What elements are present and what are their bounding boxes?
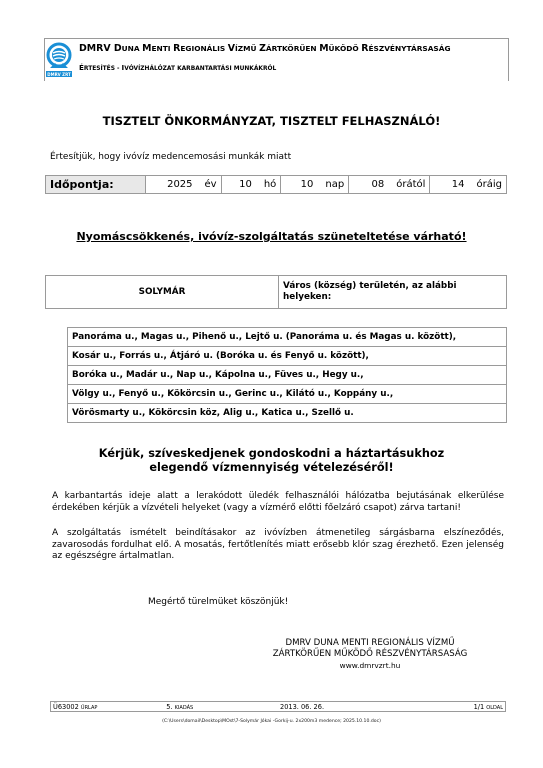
file-path: (C:\Users\domail\Desktop\MOst\7-Solymár … xyxy=(0,719,543,724)
thanks-text: Megértő türelmüket köszönjük! xyxy=(148,597,288,607)
dmrv-logo-icon: DMRV ZRT xyxy=(46,41,72,79)
request-line-2: elegendő vízmennyiség vételezéséről! xyxy=(0,461,543,475)
greeting-heading: TISZTELT ÖNKORMÁNYZAT, TISZTELT FELHASZN… xyxy=(0,114,543,128)
maintenance-paragraph: A karbantartás ideje alatt a lerakódott … xyxy=(52,491,504,514)
document-subtitle: ÉRTESÍTÉS - IVÓVÍZHÁLÓZAT KARBANTARTÁSI … xyxy=(79,63,276,72)
restart-paragraph: A szolgáltatás ismételt beindításakor az… xyxy=(52,528,504,563)
location-description: Város (község) területén, az alábbi hely… xyxy=(279,276,507,309)
schedule-label: Időpontja: xyxy=(46,176,146,194)
website-link[interactable]: www.dmrvzrt.hu xyxy=(230,660,510,671)
street-row: Vörösmarty u., Kökörcsin köz, Alig u., K… xyxy=(68,404,507,423)
street-row: Kosár u., Forrás u., Átjáró u. (Boróka u… xyxy=(68,347,507,366)
edition: 5. KIADÁS xyxy=(164,702,278,712)
signature-line-2: ZÁRTKÖRŰEN MŰKÖDŐ RÉSZVÉNYTÁRSASÁG xyxy=(230,649,510,660)
signature-line-1: DMRV DUNA MENTI REGIONÁLIS VÍZMŰ xyxy=(230,638,510,649)
request-heading: Kérjük, szíveskedjenek gondoskodni a ház… xyxy=(0,447,543,475)
outage-notice: Nyomáscsökkenés, ivóvíz-szolgáltatás szü… xyxy=(0,230,543,243)
street-row: Panoráma u., Magas u., Pihenő u., Lejtő … xyxy=(68,328,507,347)
request-line-1: Kérjük, szíveskedjenek gondoskodni a ház… xyxy=(0,447,543,461)
issue-date: 2013. 06. 26. xyxy=(278,702,392,712)
svg-text:DMRV ZRT: DMRV ZRT xyxy=(47,72,71,77)
page-number: 1/1 OLDAL xyxy=(392,702,506,712)
schedule-month: 10hó xyxy=(221,176,281,194)
signature-block: DMRV DUNA MENTI REGIONÁLIS VÍZMŰ ZÁRTKÖR… xyxy=(230,638,510,671)
schedule-table: Időpontja: 2025év 10hó 10nap 08órától 14… xyxy=(45,175,507,194)
document-header: DMRV ZRT DMRV DUNA MENTI REGIONÁLIS VÍZM… xyxy=(44,38,509,81)
location-table: SOLYMÁR Város (község) területén, az alá… xyxy=(45,275,507,309)
footer-table: Ü63002 ŰRLAP 5. KIADÁS 2013. 06. 26. 1/1… xyxy=(50,701,506,712)
city-name: SOLYMÁR xyxy=(46,276,279,309)
schedule-year: 2025év xyxy=(146,176,222,194)
intro-text: Értesítjük, hogy ivóvíz medencemosási mu… xyxy=(50,152,291,162)
schedule-to-hour: 14óráig xyxy=(430,176,507,194)
street-row: Boróka u., Madár u., Nap u., Kápolna u.,… xyxy=(68,366,507,385)
street-row: Völgy u., Fenyő u., Kökörcsin u., Gerinc… xyxy=(68,385,507,404)
company-title: DMRV DUNA MENTI REGIONÁLIS VÍZMŰ ZÁRTKÖR… xyxy=(79,43,451,54)
schedule-from-hour: 08órától xyxy=(349,176,430,194)
form-code: Ü63002 ŰRLAP xyxy=(51,702,165,712)
streets-table: Panoráma u., Magas u., Pihenő u., Lejtő … xyxy=(67,327,507,423)
schedule-day: 10nap xyxy=(281,176,349,194)
